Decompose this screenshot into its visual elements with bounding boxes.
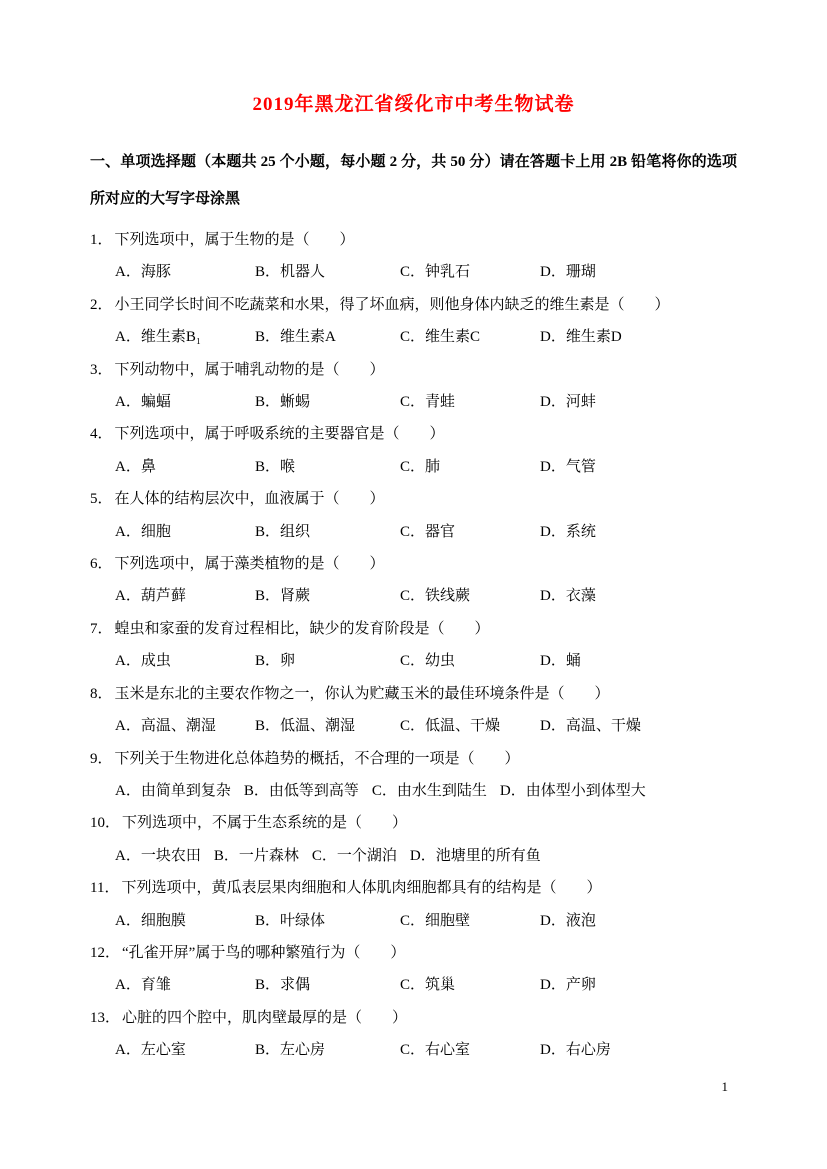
option-b: B．由低等到高等 (244, 783, 359, 799)
question-number: 10． (90, 815, 120, 831)
option-d: D．气管 (540, 451, 737, 483)
option-c: C．筑巢 (400, 969, 540, 1001)
option-a: A．由简单到复杂 (115, 783, 231, 799)
exam-paper-page: 2019年黑龙江省绥化市中考生物试卷 一、单项选择题（本题共 25 个小题，每小… (0, 0, 827, 1169)
option-c: C．维生素C (400, 321, 540, 353)
question-options: A．鼻B．喉C．肺D．气管 (90, 451, 737, 483)
question-text: 在人体的结构层次中，血液属于（ ） (115, 491, 385, 507)
page-title: 2019年黑龙江省绥化市中考生物试卷 (90, 94, 737, 116)
question-5: 5．在人体的结构层次中，血液属于（ ）A．细胞B．组织C．器官D．系统 (90, 483, 737, 548)
question-4: 4．下列选项中，属于呼吸系统的主要器官是（ ）A．鼻B．喉C．肺D．气管 (90, 418, 737, 483)
option-b: B．卵 (255, 645, 400, 677)
question-stem: 10．下列选项中，不属于生态系统的是（ ） (90, 807, 737, 839)
option-c: C．青蛙 (400, 386, 540, 418)
option-a: A．细胞膜 (115, 905, 255, 937)
option-c: C．幼虫 (400, 645, 540, 677)
question-options: A．细胞膜B．叶绿体C．细胞壁D．液泡 (90, 905, 737, 937)
option-d: D．系统 (540, 516, 737, 548)
question-13: 13．心脏的四个腔中，肌肉壁最厚的是（ ）A．左心室B．左心房C．右心室D．右心… (90, 1002, 737, 1067)
question-stem: 12．“孔雀开屏”属于鸟的哪种繁殖行为（ ） (90, 937, 737, 969)
question-text: 下列选项中，属于生物的是（ ） (115, 232, 355, 248)
option-d: D．液泡 (540, 905, 737, 937)
option-d: D．右心房 (540, 1034, 737, 1066)
question-9: 9．下列关于生物进化总体趋势的概括，不合理的一项是（ ）A．由简单到复杂B．由低… (90, 743, 737, 808)
option-b: B．低温、潮湿 (255, 710, 400, 742)
question-options: A．蝙蝠B．蜥蜴C．青蛙D．河蚌 (90, 386, 737, 418)
question-stem: 2．小王同学长时间不吃蔬菜和水果，得了坏血病，则他身体内缺乏的维生素是（ ） (90, 289, 737, 321)
option-d: D．产卵 (540, 969, 737, 1001)
option-a: A．海豚 (115, 256, 255, 288)
option-d: D．珊瑚 (540, 256, 737, 288)
option-a: A．鼻 (115, 451, 255, 483)
option-c: C．由水生到陆生 (372, 783, 487, 799)
question-number: 4． (90, 426, 113, 442)
option-b: B．蜥蜴 (255, 386, 400, 418)
question-number: 2． (90, 297, 113, 313)
question-2: 2．小王同学长时间不吃蔬菜和水果，得了坏血病，则他身体内缺乏的维生素是（ ）A．… (90, 289, 737, 354)
question-options: A．细胞B．组织C．器官D．系统 (90, 516, 737, 548)
question-stem: 7．蝗虫和家蚕的发育过程相比，缺少的发育阶段是（ ） (90, 613, 737, 645)
option-a: A．细胞 (115, 516, 255, 548)
question-number: 1． (90, 232, 113, 248)
question-options: A．维生素B₁B．维生素AC．维生素CD．维生素D (90, 321, 737, 353)
question-number: 13． (90, 1010, 120, 1026)
option-b: B．机器人 (255, 256, 400, 288)
question-stem: 8．玉米是东北的主要农作物之一，你认为贮藏玉米的最佳环境条件是（ ） (90, 678, 737, 710)
question-options: A．高温、潮湿B．低温、潮湿C．低温、干燥D．高温、干燥 (90, 710, 737, 742)
question-text: 下列选项中，属于呼吸系统的主要器官是（ ） (115, 426, 445, 442)
question-text: 心脏的四个腔中，肌肉壁最厚的是（ ） (122, 1010, 407, 1026)
option-b: B．组织 (255, 516, 400, 548)
question-options: A．由简单到复杂B．由低等到高等C．由水生到陆生D．由体型小到体型大 (90, 775, 737, 807)
question-stem: 11．下列选项中，黄瓜表层果肉细胞和人体肌肉细胞都具有的结构是（ ） (90, 872, 737, 904)
section-intro: 一、单项选择题（本题共 25 个小题，每小题 2 分，共 50 分）请在答题卡上… (90, 144, 737, 218)
option-d: D．河蚌 (540, 386, 737, 418)
question-number: 7． (90, 621, 113, 637)
option-a: A．葫芦藓 (115, 580, 255, 612)
question-stem: 6．下列选项中，属于藻类植物的是（ ） (90, 548, 737, 580)
question-stem: 9．下列关于生物进化总体趋势的概括，不合理的一项是（ ） (90, 743, 737, 775)
option-b: B．肾蕨 (255, 580, 400, 612)
question-3: 3．下列动物中，属于哺乳动物的是（ ）A．蝙蝠B．蜥蜴C．青蛙D．河蚌 (90, 354, 737, 419)
option-a: A．左心室 (115, 1034, 255, 1066)
question-11: 11．下列选项中，黄瓜表层果肉细胞和人体肌肉细胞都具有的结构是（ ）A．细胞膜B… (90, 872, 737, 937)
question-text: 下列选项中，不属于生态系统的是（ ） (122, 815, 407, 831)
option-c: C．器官 (400, 516, 540, 548)
question-text: 下列关于生物进化总体趋势的概括，不合理的一项是（ ） (115, 751, 520, 767)
question-12: 12．“孔雀开屏”属于鸟的哪种繁殖行为（ ）A．育雏B．求偶C．筑巢D．产卵 (90, 937, 737, 1002)
question-1: 1．下列选项中，属于生物的是（ ）A．海豚B．机器人C．钟乳石D．珊瑚 (90, 224, 737, 289)
question-stem: 13．心脏的四个腔中，肌肉壁最厚的是（ ） (90, 1002, 737, 1034)
question-text: “孔雀开屏”属于鸟的哪种繁殖行为（ ） (122, 945, 405, 961)
question-number: 9． (90, 751, 113, 767)
question-number: 5． (90, 491, 113, 507)
question-options: A．一块农田B．一片森林C．一个湖泊D．池塘里的所有鱼 (90, 840, 737, 872)
option-c: C．肺 (400, 451, 540, 483)
option-d: D．池塘里的所有鱼 (410, 848, 541, 864)
question-10: 10．下列选项中，不属于生态系统的是（ ）A．一块农田B．一片森林C．一个湖泊D… (90, 807, 737, 872)
option-a: A．成虫 (115, 645, 255, 677)
option-a: A．高温、潮湿 (115, 710, 255, 742)
question-number: 3． (90, 362, 113, 378)
option-d: D．维生素D (540, 321, 737, 353)
option-c: C．铁线蕨 (400, 580, 540, 612)
question-text: 小王同学长时间不吃蔬菜和水果，得了坏血病，则他身体内缺乏的维生素是（ ） (115, 297, 670, 313)
question-6: 6．下列选项中，属于藻类植物的是（ ）A．葫芦藓B．肾蕨C．铁线蕨D．衣藻 (90, 548, 737, 613)
question-number: 8． (90, 686, 113, 702)
question-number: 12． (90, 945, 120, 961)
question-stem: 3．下列动物中，属于哺乳动物的是（ ） (90, 354, 737, 386)
option-c: C．低温、干燥 (400, 710, 540, 742)
question-7: 7．蝗虫和家蚕的发育过程相比，缺少的发育阶段是（ ）A．成虫B．卵C．幼虫D．蛹 (90, 613, 737, 678)
question-list: 1．下列选项中，属于生物的是（ ）A．海豚B．机器人C．钟乳石D．珊瑚2．小王同… (90, 224, 737, 1067)
option-d: D．衣藻 (540, 580, 737, 612)
question-text: 蝗虫和家蚕的发育过程相比，缺少的发育阶段是（ ） (115, 621, 490, 637)
question-options: A．海豚B．机器人C．钟乳石D．珊瑚 (90, 256, 737, 288)
question-stem: 1．下列选项中，属于生物的是（ ） (90, 224, 737, 256)
option-a: A．育雏 (115, 969, 255, 1001)
question-stem: 5．在人体的结构层次中，血液属于（ ） (90, 483, 737, 515)
option-d: D．由体型小到体型大 (500, 783, 646, 799)
option-a: A．维生素B₁ (115, 321, 255, 353)
option-b: B．喉 (255, 451, 400, 483)
question-number: 6． (90, 556, 113, 572)
question-options: A．葫芦藓B．肾蕨C．铁线蕨D．衣藻 (90, 580, 737, 612)
question-options: A．左心室B．左心房C．右心室D．右心房 (90, 1034, 737, 1066)
page-number: 1 (722, 1078, 729, 1096)
question-options: A．成虫B．卵C．幼虫D．蛹 (90, 645, 737, 677)
question-options: A．育雏B．求偶C．筑巢D．产卵 (90, 969, 737, 1001)
option-c: C．右心室 (400, 1034, 540, 1066)
question-text: 下列动物中，属于哺乳动物的是（ ） (115, 362, 385, 378)
option-c: C．一个湖泊 (312, 848, 397, 864)
option-b: B．维生素A (255, 321, 400, 353)
question-number: 11． (90, 880, 119, 896)
option-a: A．一块农田 (115, 848, 201, 864)
option-b: B．叶绿体 (255, 905, 400, 937)
question-stem: 4．下列选项中，属于呼吸系统的主要器官是（ ） (90, 418, 737, 450)
option-b: B．左心房 (255, 1034, 400, 1066)
question-8: 8．玉米是东北的主要农作物之一，你认为贮藏玉米的最佳环境条件是（ ）A．高温、潮… (90, 678, 737, 743)
question-text: 下列选项中，黄瓜表层果肉细胞和人体肌肉细胞都具有的结构是（ ） (121, 880, 601, 896)
option-d: D．蛹 (540, 645, 737, 677)
option-a: A．蝙蝠 (115, 386, 255, 418)
question-text: 下列选项中，属于藻类植物的是（ ） (115, 556, 385, 572)
option-b: B．求偶 (255, 969, 400, 1001)
question-text: 玉米是东北的主要农作物之一，你认为贮藏玉米的最佳环境条件是（ ） (115, 686, 610, 702)
option-c: C．细胞壁 (400, 905, 540, 937)
option-d: D．高温、干燥 (540, 710, 737, 742)
option-b: B．一片森林 (214, 848, 299, 864)
option-c: C．钟乳石 (400, 256, 540, 288)
